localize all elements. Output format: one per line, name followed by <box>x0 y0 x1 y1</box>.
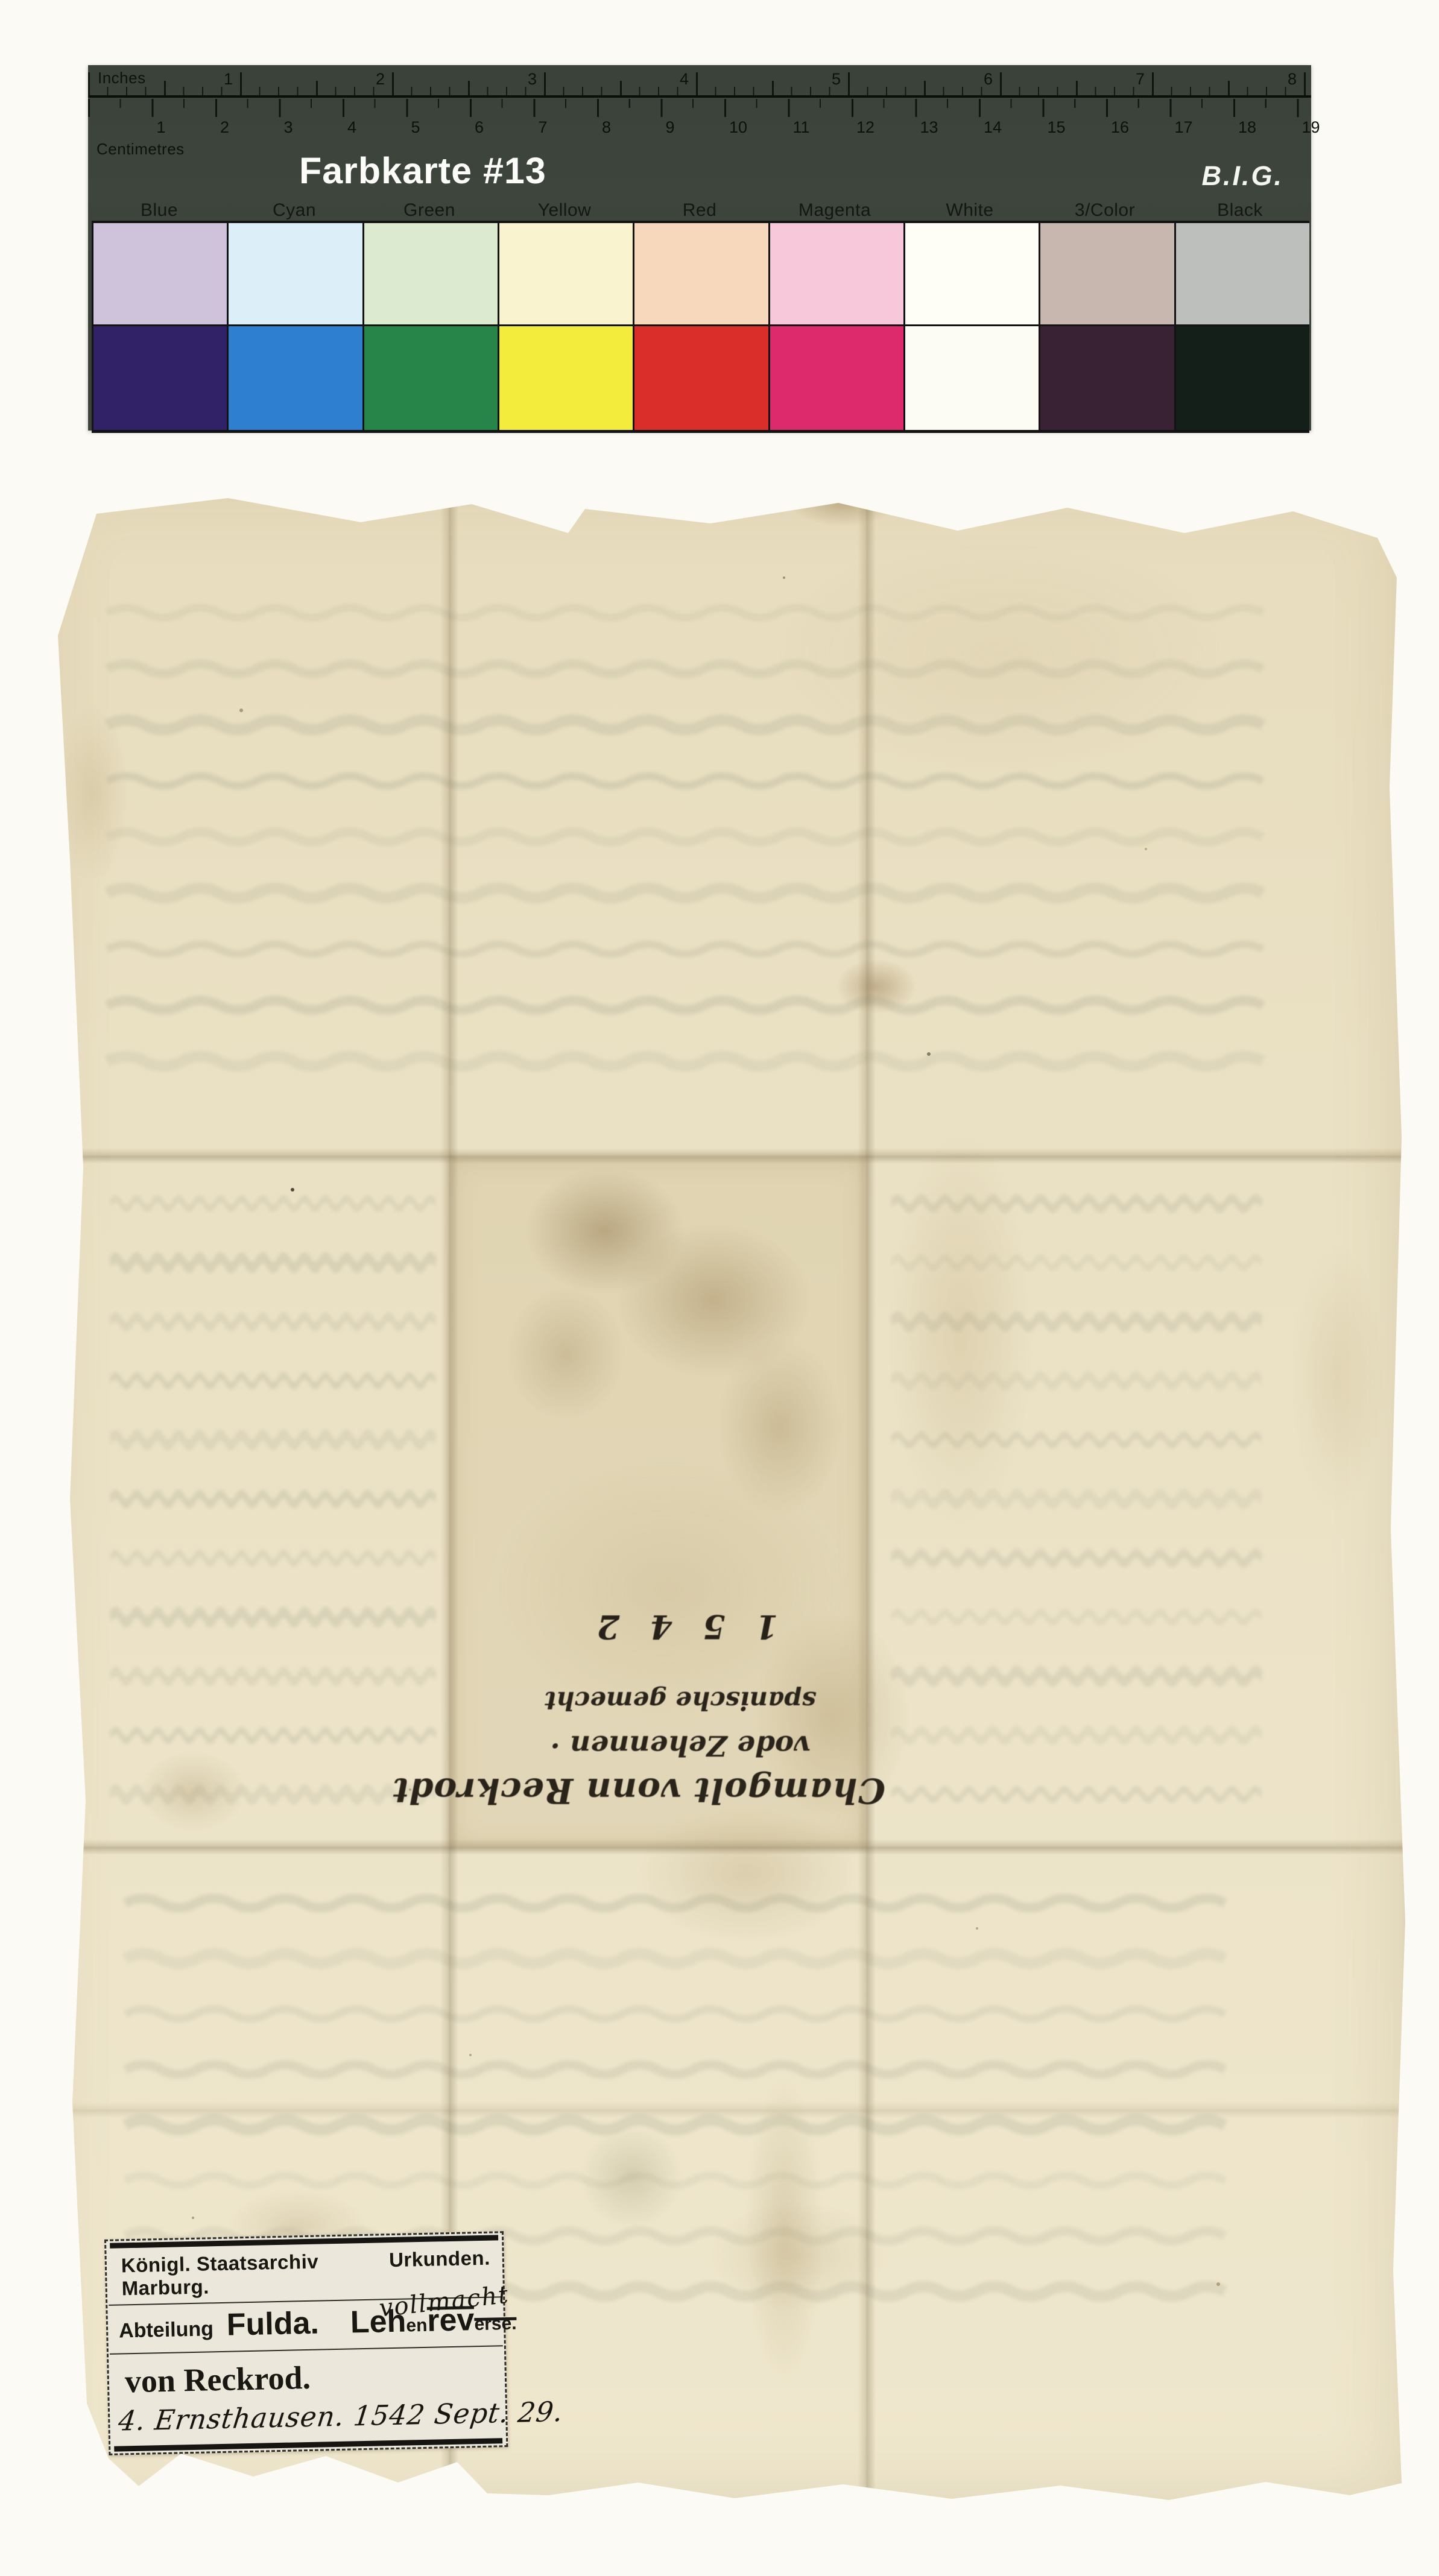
ruler-number: 18 <box>1238 118 1256 137</box>
document-paper-verso: Chamgolt vonn Reckrodt vode Zehennen · s… <box>35 474 1410 2511</box>
label-fond: Fulda. <box>226 2305 319 2343</box>
ruler-number: 1 <box>157 118 166 137</box>
ruler-number: 16 <box>1111 118 1129 137</box>
swatch-light-black <box>1176 223 1309 324</box>
dorsal-year: 1542 <box>475 1608 885 1646</box>
swatch-dark-black <box>1176 326 1309 430</box>
swatch-column-header: Yellow <box>497 200 632 221</box>
swatch-dark-green <box>364 326 498 430</box>
swatch-column-header: White <box>902 200 1037 221</box>
ruler-number: 4 <box>347 118 356 137</box>
swatch-grid <box>92 221 1309 433</box>
label-abteilung: Abteilung <box>119 2317 214 2343</box>
ruler-number: 17 <box>1175 118 1193 137</box>
swatch-dark-yellow <box>499 326 633 430</box>
swatch-column-header: Cyan <box>227 200 362 221</box>
archive-label: Königl. Staatsarchiv Marburg. Urkunden. … <box>104 2231 508 2455</box>
swatch-dark-cyan <box>229 326 362 430</box>
dorsal-script-line-small: spanische gemecht <box>475 1686 885 1716</box>
ruler-number: 11 <box>793 118 810 137</box>
swatch-light-yellow <box>499 223 633 324</box>
swatch-light-white <box>905 223 1039 324</box>
dorsal-note: Chamgolt vonn Reckrodt vode Zehennen · s… <box>475 1608 885 1811</box>
swatch-light-blue <box>93 223 227 324</box>
swatch-light-3color <box>1040 223 1174 324</box>
ruler-number: 3 <box>284 118 293 137</box>
swatch-column-header: Red <box>632 200 767 221</box>
ruler-number: 14 <box>984 118 1002 137</box>
swatch-column-header: Green <box>362 200 497 221</box>
swatch-light-magenta <box>770 223 903 324</box>
ruler-number: 19 <box>1302 118 1320 137</box>
ruler-number: 8 <box>602 118 611 137</box>
ruler-number: 6 <box>475 118 484 137</box>
ruler-number: 12 <box>856 118 874 137</box>
label-fond-row: Abteilung Fulda. Lehenreverse. vollmacht <box>107 2299 504 2350</box>
swatch-dark-3color <box>1040 326 1174 430</box>
swatch-dark-white <box>905 326 1039 430</box>
swatch-light-red <box>634 223 768 324</box>
dorsal-script-line-middle: vode Zehennen · <box>475 1729 885 1762</box>
swatch-headers: BlueCyanGreenYellowRedMagentaWhite3/Colo… <box>92 200 1308 221</box>
label-handwritten-date-line: 4. Ernsthausen. 1542 Sept. 29. <box>107 2392 508 2445</box>
age-specks <box>35 474 37 476</box>
ruler-number: 13 <box>920 118 938 137</box>
dorsal-script-line-large: Chamgolt vonn Reckrodt <box>475 1770 885 1811</box>
color-calibration-card: Inches 12345678 123456789101112131415161… <box>88 65 1311 431</box>
centimetres-unit-label: Centimetres <box>96 140 185 159</box>
ruler-number: 5 <box>411 118 420 137</box>
ruler-number: 7 <box>539 118 548 137</box>
ruler-number: 9 <box>666 118 675 137</box>
color-card-title: Farbkarte #13 <box>299 150 546 192</box>
swatch-dark-red <box>634 326 768 430</box>
cm-numbers: 12345678910111213141516171819 <box>88 118 1311 139</box>
color-card-brand: B.I.G. <box>1201 160 1283 192</box>
ruler-number: 10 <box>729 118 747 137</box>
ruler-number: 2 <box>220 118 229 137</box>
ruler-number: 15 <box>1048 118 1066 137</box>
swatch-column-header: Black <box>1172 200 1308 221</box>
edge-vignette <box>35 474 1410 2511</box>
label-erse-struck: erse. <box>474 2314 517 2334</box>
label-provenance: von Reckrod. <box>109 2347 505 2401</box>
label-archive-name: Königl. Staatsarchiv Marburg. <box>121 2249 390 2300</box>
swatch-column-header: 3/Color <box>1037 200 1172 221</box>
inch-ticks-whole <box>88 72 1311 95</box>
swatch-column-header: Magenta <box>767 200 902 221</box>
swatch-light-cyan <box>229 223 362 324</box>
swatch-light-green <box>364 223 498 324</box>
cm-ticks-whole <box>88 99 1311 117</box>
ruler-baseline <box>88 95 1311 98</box>
scanned-archival-document-page: Inches 12345678 123456789101112131415161… <box>0 0 1439 2576</box>
swatch-column-header: Blue <box>92 200 227 221</box>
swatch-dark-blue <box>93 326 227 430</box>
swatch-dark-magenta <box>770 326 903 430</box>
